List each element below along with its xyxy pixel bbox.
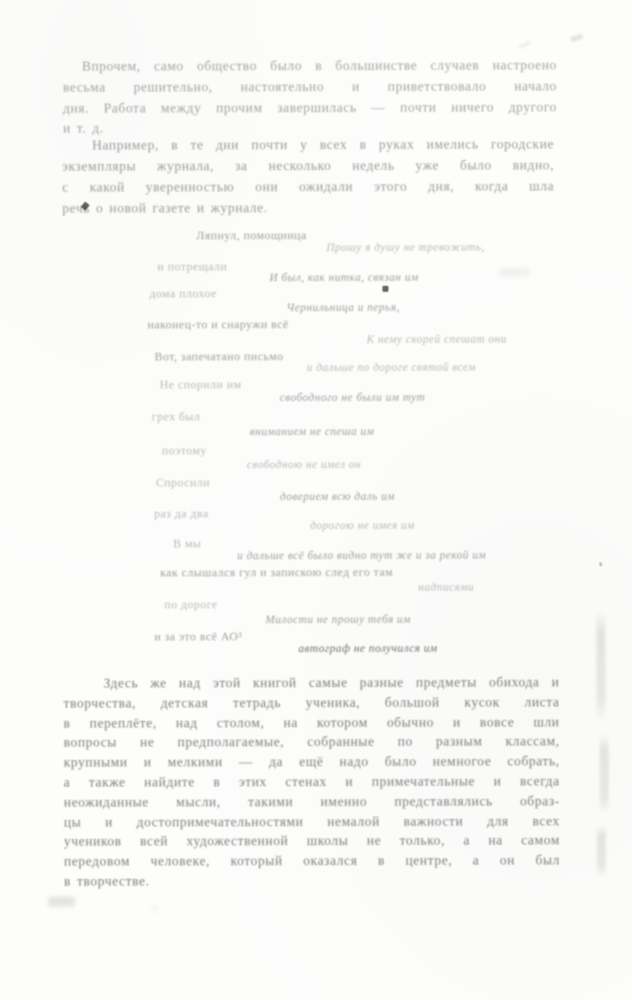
verse-speaker-line: и потрещали	[157, 259, 227, 274]
ink-speck	[382, 286, 388, 292]
paragraph-line: творчества, детская тетрадь ученика, бол…	[64, 692, 560, 713]
paragraph-line: весьма решительно, настоятельно и привет…	[63, 76, 557, 98]
paragraph-line: Впрочем, само общество было в большинств…	[63, 55, 557, 77]
verse-indent-line: свободною не имел он	[247, 459, 361, 471]
page-number-smudge	[48, 897, 75, 907]
top-paragraph: Впрочем, само общество было в большинств…	[63, 55, 557, 139]
paragraph-line: передовом человеке, который оказался в ц…	[64, 851, 560, 872]
verse-indent-line: Прошу я душу не тревожить,	[326, 242, 485, 254]
scan-smudge	[151, 905, 159, 911]
ink-speck	[599, 562, 602, 566]
paragraph-line: Здесь же над этой книгой самые разные пр…	[63, 672, 559, 693]
verse-indent-line: вниманием не спеша им	[250, 426, 375, 438]
verse-speaker-line: и за это всё АО³	[154, 629, 242, 644]
paragraph-line: экземпляры журнала, за несколько недель …	[62, 154, 554, 176]
scan-smudge	[499, 267, 529, 276]
scan-smudge	[519, 41, 531, 49]
paragraph-line: Например, в те дни почти у всех в руках …	[62, 133, 554, 155]
verse-indent-line: и дальше всё было видно тут же и за реко…	[237, 550, 486, 563]
page-content: Впрочем, само общество было в большинств…	[0, 0, 632, 1000]
second-paragraph: Например, в те дни почти у всех в руках …	[62, 133, 554, 218]
verse-indent-line: Чернильница и перья,	[286, 302, 399, 314]
verse-speaker-line: по дороге	[164, 597, 217, 612]
verse-indent-line: надписями	[418, 582, 474, 594]
scanned-book-page: Впрочем, само общество было в большинств…	[0, 0, 632, 1000]
paragraph-line: с какой уверенностью они ожидали этого д…	[62, 175, 554, 197]
verse-speaker-line: Вот, запечатано письмо	[155, 349, 284, 364]
verse-indent-line: и дальше по дороге святой всем	[307, 362, 476, 374]
paragraph-line: неожиданные мысли, такими именно предста…	[64, 791, 560, 812]
verse-speaker-line: наконец-то и снаружи всё	[148, 317, 289, 332]
margin-streak	[600, 734, 609, 814]
verse-indent-line: доверием всю даль им	[280, 491, 395, 503]
verse-indent-line: свободного не были им тут	[280, 392, 426, 404]
paragraph-line: крупными и мелкими — да ещё надо было не…	[64, 752, 560, 773]
bottom-paragraph: Здесь же над этой книгой самые разные пр…	[63, 672, 560, 891]
paragraph-line: дня. Работа между прочим завершилась — п…	[63, 97, 557, 119]
verse-indent-line: автограф не получился им	[298, 643, 437, 655]
paragraph-line: речь о новой газете и журнале.	[62, 197, 312, 219]
paragraph-line: в переплёте, над столом, на котором обыч…	[64, 712, 560, 733]
paragraph-line: в творчестве.	[64, 871, 204, 891]
verse-speaker-line: Не спорили им	[160, 377, 242, 392]
scan-smudge	[570, 34, 583, 42]
verse-speaker-line: дома плохое	[149, 286, 216, 301]
verse-indent-line: К нему скорей спешат они	[367, 334, 507, 346]
paragraph-line: а также найдите в этих стенах и примечат…	[64, 771, 560, 792]
paragraph-line: учеников всей художественной школы не то…	[64, 831, 560, 852]
paragraph-line: цы и достопримечательностями немалой важ…	[64, 811, 560, 832]
verse-speaker-line: Спросили	[156, 475, 210, 490]
verse-speaker-line: поэтому	[162, 443, 207, 458]
paragraph-line: вопросы не предполагаемые, собранные по …	[64, 732, 560, 753]
verse-speaker-line: грех был	[152, 409, 201, 424]
verse-speaker-line: раз да два	[154, 506, 209, 521]
verse-indent-line: И был, как нитка, связан им	[269, 272, 418, 284]
margin-streak	[596, 611, 605, 721]
verse-speaker-line: В мы	[173, 536, 201, 551]
verse-indent-line: дорогою не имея им	[310, 520, 415, 532]
verse-speaker-line: как слышался гул и запискою след его там	[160, 565, 393, 581]
verse-indent-line: Милости не прошу тебя им	[265, 614, 411, 626]
verse-dialogue-block: Ляпнул, помощницаПрошу я душу не тревожи…	[0, 0, 631, 1]
margin-streak	[597, 825, 606, 877]
verse-speaker-line: Ляпнул, помощница	[196, 228, 306, 243]
